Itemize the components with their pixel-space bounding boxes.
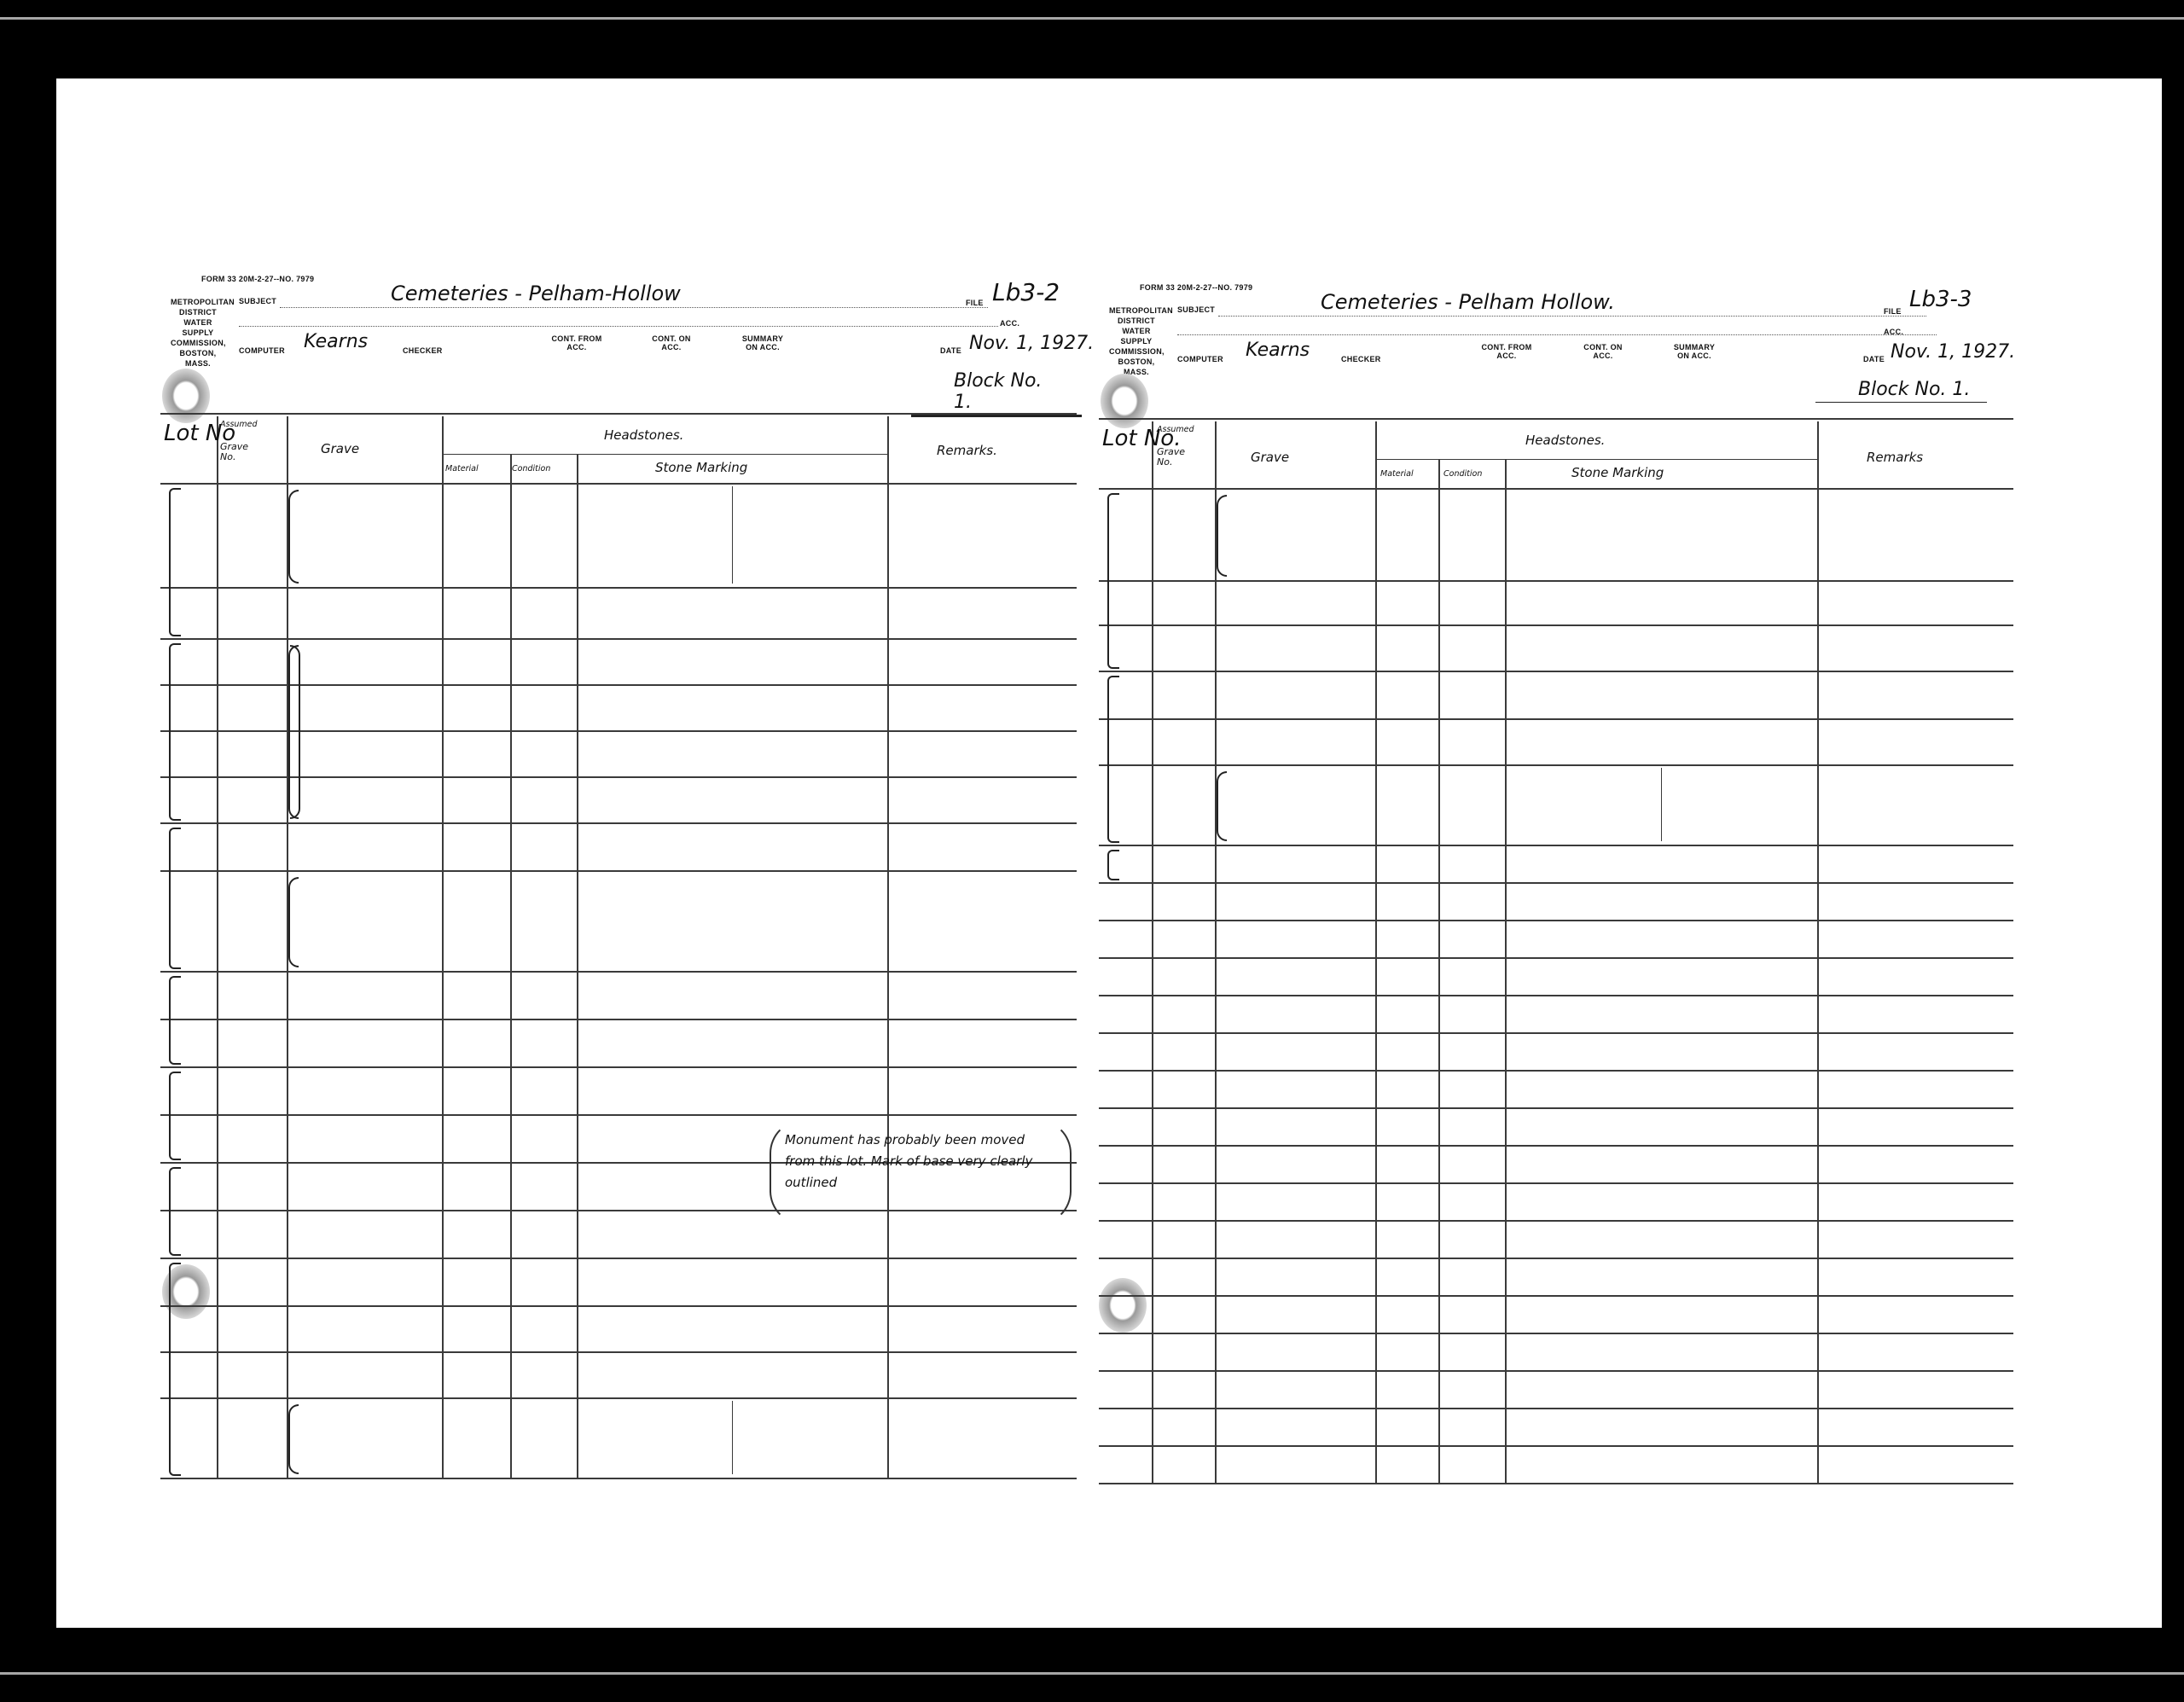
grave-brace (288, 490, 299, 584)
grid-line (160, 413, 1077, 415)
lot-bracket (169, 1263, 181, 1476)
acc-line (1177, 334, 1937, 335)
grid-line (160, 971, 1077, 973)
summary-on-acc-label: SUMMARY ON ACC. (1669, 343, 1720, 360)
lot-bracket (1107, 676, 1119, 843)
stone-marking (1505, 491, 1817, 578)
block-number: Block No. 1. (1815, 379, 1987, 403)
grid-line (1099, 1445, 2013, 1447)
grid-line (160, 638, 1077, 640)
material (444, 1356, 508, 1394)
file-value: Lb3-2 (992, 278, 1060, 306)
lot-bracket (1107, 850, 1119, 880)
lot-bracket (169, 1167, 181, 1256)
punch-hole (1099, 1278, 1147, 1333)
grid-line (1099, 957, 2013, 959)
punch-hole (1101, 374, 1148, 428)
acc-label: ACC. (1884, 328, 1903, 336)
acc-line (239, 326, 998, 327)
col-header-headstones: Headstones. (604, 428, 683, 443)
computer-value: Kearns (304, 331, 368, 352)
col-header-assumed: Assumed (220, 420, 258, 429)
date-value: Nov. 1, 1927. (1891, 341, 2015, 363)
grave-brace (1217, 771, 1227, 841)
material (1377, 493, 1437, 577)
lot-bracket (169, 1072, 181, 1160)
stone-marking (577, 590, 887, 636)
grid-line (160, 1478, 1077, 1479)
punch-hole (162, 369, 210, 423)
org-line: METROPOLITAN (171, 297, 225, 307)
grid-line (160, 1258, 1077, 1259)
film-scan-line-bottom (0, 1672, 2184, 1675)
lot-bracket (1107, 493, 1119, 669)
col-header-material: Material (1380, 469, 1414, 479)
lot-bracket (169, 828, 181, 969)
ledger-page-left: FORM 33 20M-2-27--NO. 7979 METROPOLITAN … (160, 266, 1082, 1448)
date-label: DATE (1863, 355, 1885, 363)
stone-marking (577, 974, 887, 1017)
cont-from-acc-label: CONT. FROM ACC. (1481, 343, 1532, 360)
lot-bracket (169, 643, 181, 821)
grid-line (1152, 421, 1153, 1483)
marking-divider (1661, 768, 1662, 841)
grid-line (442, 454, 887, 455)
col-header-condition: Condition (1443, 469, 1482, 479)
grid-line (1099, 1408, 2013, 1409)
grid-line (160, 1397, 1077, 1399)
org-line: DISTRICT (1109, 316, 1164, 326)
material (444, 1072, 508, 1111)
grid-line (1215, 421, 1217, 1483)
col-header-stone-marking: Stone Marking (1571, 466, 1664, 480)
grid-line (1438, 459, 1440, 1483)
grid-line (1099, 1333, 2013, 1334)
org-line: WATER SUPPLY (171, 317, 225, 338)
side-note: Monument has probably been moved from th… (785, 1130, 1058, 1194)
grid-line (1099, 1107, 2013, 1109)
col-header-headstones: Headstones. (1525, 433, 1605, 448)
grid-line (160, 483, 1077, 485)
grid-line (160, 1351, 1077, 1353)
material (444, 875, 508, 967)
checker-label: CHECKER (1341, 355, 1381, 363)
col-header-assumed: Assumed (1157, 425, 1194, 434)
file-label: FILE (1884, 307, 1902, 316)
form-number: FORM 33 20M-2-27--NO. 7979 (201, 275, 314, 283)
organization-name: METROPOLITAN DISTRICT WATER SUPPLY COMMI… (1109, 305, 1164, 377)
grid-line (1375, 421, 1377, 1483)
grid-line (160, 1019, 1077, 1020)
stone-marking (577, 826, 887, 868)
grid-line (510, 454, 512, 1478)
grid-line (1099, 488, 2013, 490)
grid-line (160, 1114, 1077, 1116)
material (1377, 770, 1437, 841)
grid-line (1099, 995, 2013, 996)
stone-marking (577, 1309, 887, 1350)
grid-line (160, 870, 1077, 872)
subject-label: SUBJECT (239, 297, 276, 305)
grid-line (160, 587, 1077, 589)
grid-line (887, 416, 889, 1478)
col-header-grave-no: Grave No. (220, 442, 254, 462)
cont-from-acc-label: CONT. FROM ACC. (551, 334, 602, 351)
material (1377, 630, 1437, 667)
date-value: Nov. 1, 1927. (969, 333, 1094, 354)
subject-value: Cemeteries - Pelham-Hollow (391, 282, 681, 305)
org-line: METROPOLITAN (1109, 305, 1164, 316)
grid-line (1099, 1258, 2013, 1259)
grid-line (160, 1066, 1077, 1068)
grid-line (160, 1305, 1077, 1307)
grid-line (1099, 1483, 2013, 1484)
stone-marking (1505, 722, 1817, 763)
stone-marking (577, 1022, 887, 1065)
col-header-condition: Condition (512, 464, 550, 473)
lot-bracket (169, 976, 181, 1065)
date-label: DATE (940, 346, 961, 355)
material (444, 828, 508, 867)
summary-on-acc-label: SUMMARY ON ACC. (737, 334, 788, 351)
col-header-stone-marking: Stone Marking (655, 461, 747, 475)
acc-label: ACC. (1000, 319, 1019, 328)
col-header-material: Material (445, 464, 479, 473)
material (1377, 676, 1437, 715)
cont-on-acc-label: CONT. ON ACC. (1582, 343, 1624, 360)
lot-bracket (169, 488, 181, 636)
material (444, 1310, 508, 1348)
org-line: COMMISSION, (171, 338, 225, 348)
col-header-grave: Grave (1251, 450, 1289, 465)
grid-line (1099, 1182, 2013, 1184)
grid-line (1099, 418, 2013, 420)
grid-line (1099, 1032, 2013, 1034)
material (444, 1403, 508, 1474)
grid-line (217, 416, 218, 1478)
grave-brace (288, 1404, 299, 1474)
grave-brace (1217, 495, 1227, 577)
grid-line (1099, 671, 2013, 672)
file-value: Lb3-3 (1909, 287, 1972, 312)
col-header-grave-no: Grave No. (1157, 447, 1191, 468)
grid-line (1099, 1220, 2013, 1222)
stone-marking (577, 1355, 887, 1396)
marking-divider (732, 486, 733, 584)
form-number: FORM 33 20M-2-27--NO. 7979 (1140, 283, 1252, 292)
grid-line (1099, 580, 2013, 582)
material (444, 592, 508, 635)
cont-on-acc-label: CONT. ON ACC. (650, 334, 693, 351)
organization-name: METROPOLITAN DISTRICT WATER SUPPLY COMMI… (171, 297, 225, 369)
stone-marking (1505, 584, 1817, 623)
stone-marking (577, 1070, 887, 1112)
grave-brace (290, 645, 300, 819)
col-header-grave: Grave (321, 442, 359, 456)
computer-label: COMPUTER (1177, 355, 1223, 363)
grid-line (1099, 718, 2013, 720)
stone-marking (1505, 674, 1817, 717)
material (444, 488, 508, 584)
checker-label: CHECKER (403, 346, 443, 355)
stone-marking (577, 1261, 887, 1304)
computer-value: Kearns (1246, 340, 1310, 361)
grid-line (1817, 421, 1819, 1483)
grid-line (1099, 624, 2013, 626)
material (444, 1024, 508, 1063)
grid-line (1099, 1145, 2013, 1147)
org-line: COMMISSION, (1109, 346, 1164, 357)
org-line: DISTRICT (171, 307, 225, 317)
grid-line (1375, 459, 1817, 460)
material (444, 976, 508, 1015)
grid-line (1099, 882, 2013, 884)
subject-label: SUBJECT (1177, 305, 1215, 314)
grid-line (1099, 845, 2013, 846)
subject-line (280, 307, 988, 308)
grid-line (1099, 1070, 2013, 1072)
grid-line (1099, 764, 2013, 766)
material (1377, 723, 1437, 761)
subject-line (1218, 316, 1926, 317)
org-line: BOSTON, MASS. (171, 348, 225, 369)
computer-label: COMPUTER (239, 346, 285, 355)
grid-line (1099, 920, 2013, 921)
ledger-page-right: FORM 33 20M-2-27--NO. 7979 METROPOLITAN … (1099, 275, 2020, 1456)
material (444, 1263, 508, 1302)
material (1377, 585, 1437, 621)
col-header-remarks: Remarks (1867, 450, 1923, 465)
file-label: FILE (966, 299, 984, 307)
subject-value: Cemeteries - Pelham Hollow. (1321, 290, 1615, 314)
film-scan-line-top (0, 17, 2184, 20)
col-header-remarks: Remarks. (937, 444, 997, 458)
grid-line (160, 822, 1077, 824)
org-line: WATER SUPPLY (1109, 326, 1164, 346)
grave-brace (288, 877, 299, 967)
stone-marking (577, 874, 887, 969)
block-number: Block No. 1. (911, 370, 1082, 417)
stone-marking (1505, 628, 1817, 669)
marking-divider (732, 1401, 733, 1474)
grid-line (1099, 1370, 2013, 1372)
grid-line (1099, 1295, 2013, 1297)
